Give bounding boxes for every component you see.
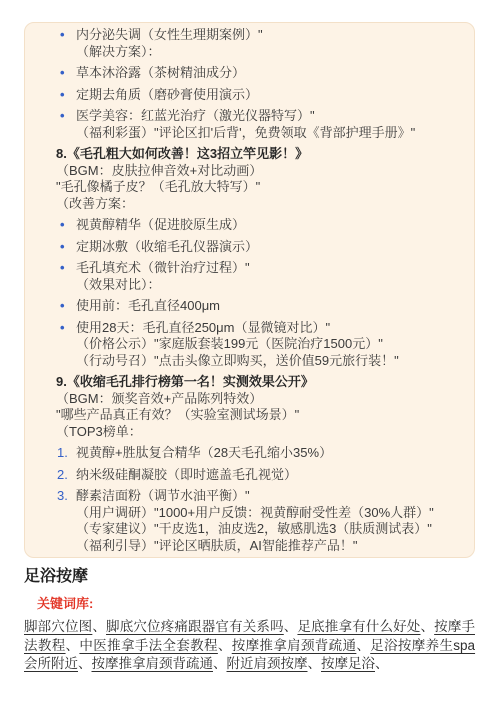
item-number: 3. [57,488,68,505]
list-item-text: 定期去角质（磨砂膏使用演示） [76,87,258,102]
list-item: 定期去角质（磨砂膏使用演示） [56,87,450,104]
section-8-title: 8.《毛孔粗大如何改善！这3招立竿见影！》 [56,146,450,163]
list-item-text: 视黄醇精华（促进胶原生成） [76,217,245,232]
paragraph-line: （改善方案： [56,196,450,213]
list-item-subline: （行动号召）"点击头像立即购买，送价值59元旅行装！" [76,353,450,370]
bullet-list-pore-improve: 视黄醇精华（促进胶原生成）定期冰敷（收缩毛孔仪器演示）毛孔填充术（微针治疗过程）… [56,217,450,369]
list-item-text: 定期冰敷（收缩毛孔仪器演示） [76,239,258,254]
list-item: 2.纳米级硅酮凝胶（即时遮盖毛孔视觉） [56,467,450,484]
section-8-intro-lines: （BGM：皮肤拉伸音效+对比动画）"毛孔像橘子皮？（毛孔放大特写）"（改善方案： [56,163,450,213]
footer-section: 足浴按摩 关键词库: 脚部穴位图、脚底穴位疼痛跟器官有关系吗、足底推拿有什么好处… [24,566,475,674]
list-item: 定期冰敷（收缩毛孔仪器演示） [56,239,450,256]
keyword-separator: 、 [66,638,80,653]
section-8: 8.《毛孔粗大如何改善！这3招立竿见影！》 （BGM：皮肤拉伸音效+对比动画）"… [56,146,450,212]
keyword-separator: 、 [356,638,370,653]
paragraph-line: （TOP3榜单： [56,424,450,441]
list-item: 1.视黄醇+胜肽复合精华（28天毛孔缩小35%） [56,445,450,462]
list-item-subline: （专家建议）"干皮选1，油皮选2，敏感肌选3（肤质测试表）" [76,521,450,538]
list-item-text: 医学美容：红蓝光治疗（激光仪器特写）" [76,108,315,123]
list-item-text: 毛孔填充术（微针治疗过程）" [76,260,250,275]
item-number: 2. [57,467,68,484]
keyword-link[interactable]: 脚部穴位图 [24,619,92,634]
keyword-separator: 、 [78,656,92,671]
keyword-separator: 、 [92,619,106,634]
keyword-separator: 、 [308,656,322,671]
paragraph-line: （BGM：皮肤拉伸音效+对比动画） [56,163,450,180]
keyword-link[interactable]: 中医推拿手法全套教程 [79,638,217,653]
list-item-text: 使用前：毛孔直径400μm [76,298,220,313]
list-item: 医学美容：红蓝光治疗（激光仪器特写）"（福利彩蛋）"评论区扣'后背'，免费领取《… [56,108,450,141]
list-item: 内分泌失调（女性生理期案例）"（解决方案）： [56,27,450,60]
keyword-separator: 、 [375,656,389,671]
list-item-text: 内分泌失调（女性生理期案例）" [76,27,263,42]
keyword-list: 脚部穴位图、脚底穴位疼痛跟器官有关系吗、足底推拿有什么好处、按摩手法教程、中医推… [24,618,475,674]
page: { "colors": { "panel_bg": "#fdf3e6", "pa… [0,0,500,707]
section-9: 9.《收缩毛孔排行榜第一名！实测效果公开》 （BGM：颁奖音效+产品陈列特效）"… [56,374,450,440]
list-item-subline: （价格公示）"家庭版套装199元（医院治疗1500元）" [76,336,450,353]
list-item-text: 酵素洁面粉（调节水油平衡）" [76,488,250,503]
list-item-text: 使用28天：毛孔直径250μm（显微镜对比）" [76,320,330,335]
list-item-text: 草本沐浴露（茶树精油成分） [76,65,245,80]
item-number: 1. [57,445,68,462]
keyword-link[interactable]: 脚底穴位疼痛跟器官有关系吗 [106,619,284,634]
list-item-text: 视黄醇+胜肽复合精华（28天毛孔缩小35%） [76,445,332,460]
paragraph-line: "哪些产品真正有效？（实验室测试场景）" [56,407,450,424]
section-9-intro-lines: （BGM：颁奖音效+产品陈列特效）"哪些产品真正有效？（实验室测试场景）"（TO… [56,391,450,441]
top3-ranking-list: 1.视黄醇+胜肽复合精华（28天毛孔缩小35%）2.纳米级硅酮凝胶（即时遮盖毛孔… [56,445,450,554]
list-item-subline: （效果对比）： [76,277,450,294]
keyword-link[interactable]: 按摩足浴 [321,656,375,671]
list-item-subline: （福利引导）"评论区晒肤质，AI智能推荐产品！" [76,538,450,555]
list-item: 使用28天：毛孔直径250μm（显微镜对比）"（价格公示）"家庭版套装199元（… [56,320,450,370]
keyword-link[interactable]: 附近肩颈按摩 [227,656,308,671]
list-item: 毛孔填充术（微针治疗过程）"（效果对比）： [56,260,450,293]
page-title: 足浴按摩 [24,566,475,588]
list-item: 草本沐浴露（茶树精油成分） [56,65,450,82]
list-item-subline: （福利彩蛋）"评论区扣'后背'，免费领取《背部护理手册》" [76,125,450,142]
content-card: 内分泌失调（女性生理期案例）"（解决方案）：草本沐浴露（茶树精油成分）定期去角质… [24,22,475,558]
list-item-text: 纳米级硅酮凝胶（即时遮盖毛孔视觉） [76,467,297,482]
bullet-list-back-care: 内分泌失调（女性生理期案例）"（解决方案）：草本沐浴露（茶树精油成分）定期去角质… [56,27,450,141]
list-item: 使用前：毛孔直径400μm [56,298,450,315]
keyword-link[interactable]: 足底推拿有什么好处 [297,619,420,634]
keyword-library-label: 关键词库: [37,596,475,611]
keyword-separator: 、 [420,619,434,634]
list-item: 3.酵素洁面粉（调节水油平衡）"（用户调研）"1000+用户反馈：视黄醇耐受性差… [56,488,450,554]
section-9-title: 9.《收缩毛孔排行榜第一名！实测效果公开》 [56,374,450,391]
list-item-subline: （用户调研）"1000+用户反馈：视黄醇耐受性差（30%人群）" [76,505,450,522]
paragraph-line: "毛孔像橘子皮？（毛孔放大特写）" [56,179,450,196]
list-item-subline: （解决方案）： [76,44,450,61]
keyword-link[interactable]: 按摩推拿肩颈背疏通 [232,638,357,653]
list-item: 视黄醇精华（促进胶原生成） [56,217,450,234]
keyword-separator: 、 [213,656,227,671]
paragraph-line: （BGM：颁奖音效+产品陈列特效） [56,391,450,408]
keyword-separator: 、 [218,638,232,653]
keyword-separator: 、 [284,619,298,634]
keyword-link[interactable]: 按摩推拿肩颈背疏通 [92,656,214,671]
